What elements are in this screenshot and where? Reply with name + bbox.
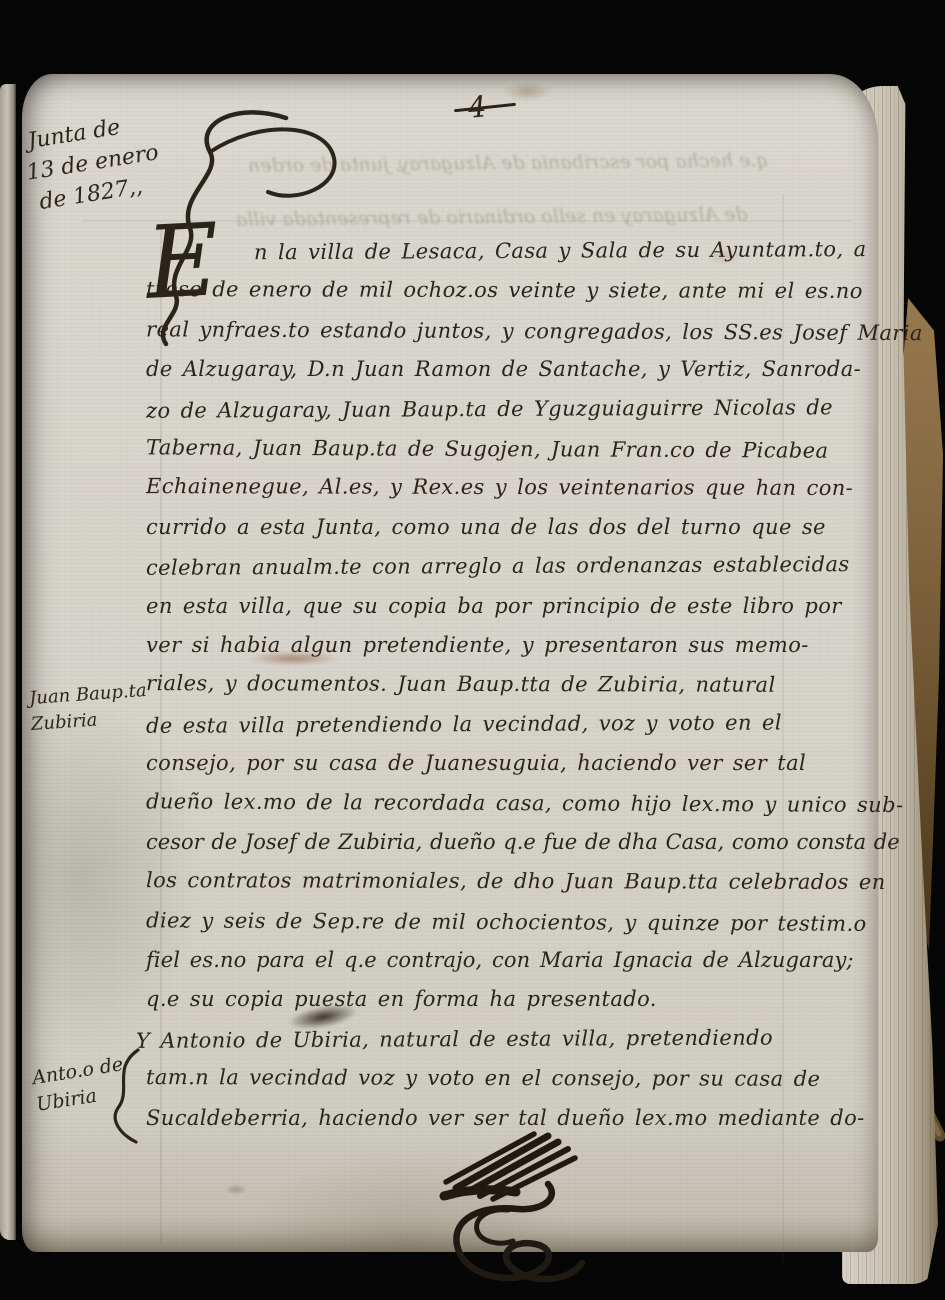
left-page-sliver: [0, 84, 16, 1240]
manuscript-line: Echainenegue, Al.es, y Rex.es y los vein…: [146, 474, 836, 515]
manuscript-line: los contratos matrimoniales, de dho Juan…: [146, 868, 836, 909]
manuscript-line: tam.n la vecindad voz y voto en el conse…: [146, 1065, 836, 1106]
manuscript-line: ver si habia algun pretendiente, y prese…: [146, 633, 836, 672]
manuscript-line: fiel es.no para el q.e contrajo, con Mar…: [146, 948, 836, 987]
manuscript-line: celebran anualm.te con arreglo a las ord…: [146, 552, 836, 595]
manuscript-line: real ynfraes.to estando juntos, y congre…: [146, 317, 836, 360]
manuscript-line: diez y seis de Sep.re de mil ochocientos…: [146, 908, 836, 951]
margin-note-zubiria: Juan Baup.ta Zubiria: [28, 678, 149, 738]
manuscript-body: n la villa de Lesaca, Casa y Sala de su …: [146, 239, 836, 1145]
manuscript-line: Y Antonio de Ubiria, natural de esta vil…: [136, 1025, 836, 1068]
manuscript-scan: q.e hecha por escribania de Alzugaray, j…: [0, 0, 945, 1300]
manuscript-line: en esta villa, que su copia ba por princ…: [146, 594, 836, 633]
manuscript-line: q.e su copia puesta en forma ha presenta…: [146, 987, 836, 1026]
manuscript-line: zo de Alzugaray, Juan Baup.ta de Yguzgui…: [146, 395, 836, 438]
manuscript-line: currido a esta Junta, como una de las do…: [146, 515, 836, 554]
manuscript-line: de Alzugaray, D.n Juan Ramon de Santache…: [146, 357, 836, 396]
rust-stain: [248, 652, 338, 666]
manuscript-line: cesor de Josef de Zubiria, dueño q.e fue…: [146, 830, 836, 869]
manuscript-line: n la villa de Lesaca, Casa y Sala de su …: [146, 237, 836, 280]
ink-blot-scribble-icon: [400, 1122, 635, 1257]
manuscript-line: consejo, por su casa de Juanesuguia, hac…: [146, 751, 836, 790]
manuscript-line: riales, y documentos. Juan Baup.tta de Z…: [146, 671, 836, 712]
manuscript-line: Taberna, Juan Baup.ta de Sugojen, Juan F…: [146, 435, 836, 478]
manuscript-line: de esta villa pretendiendo la vecindad, …: [146, 710, 836, 753]
manuscript-line: trese de enero de mil ochoz.os veinte y …: [146, 277, 836, 318]
manuscript-line: dueño lex.mo de la recordada casa, como …: [146, 790, 836, 833]
margin-bracket-flourish-icon: [104, 1046, 148, 1146]
